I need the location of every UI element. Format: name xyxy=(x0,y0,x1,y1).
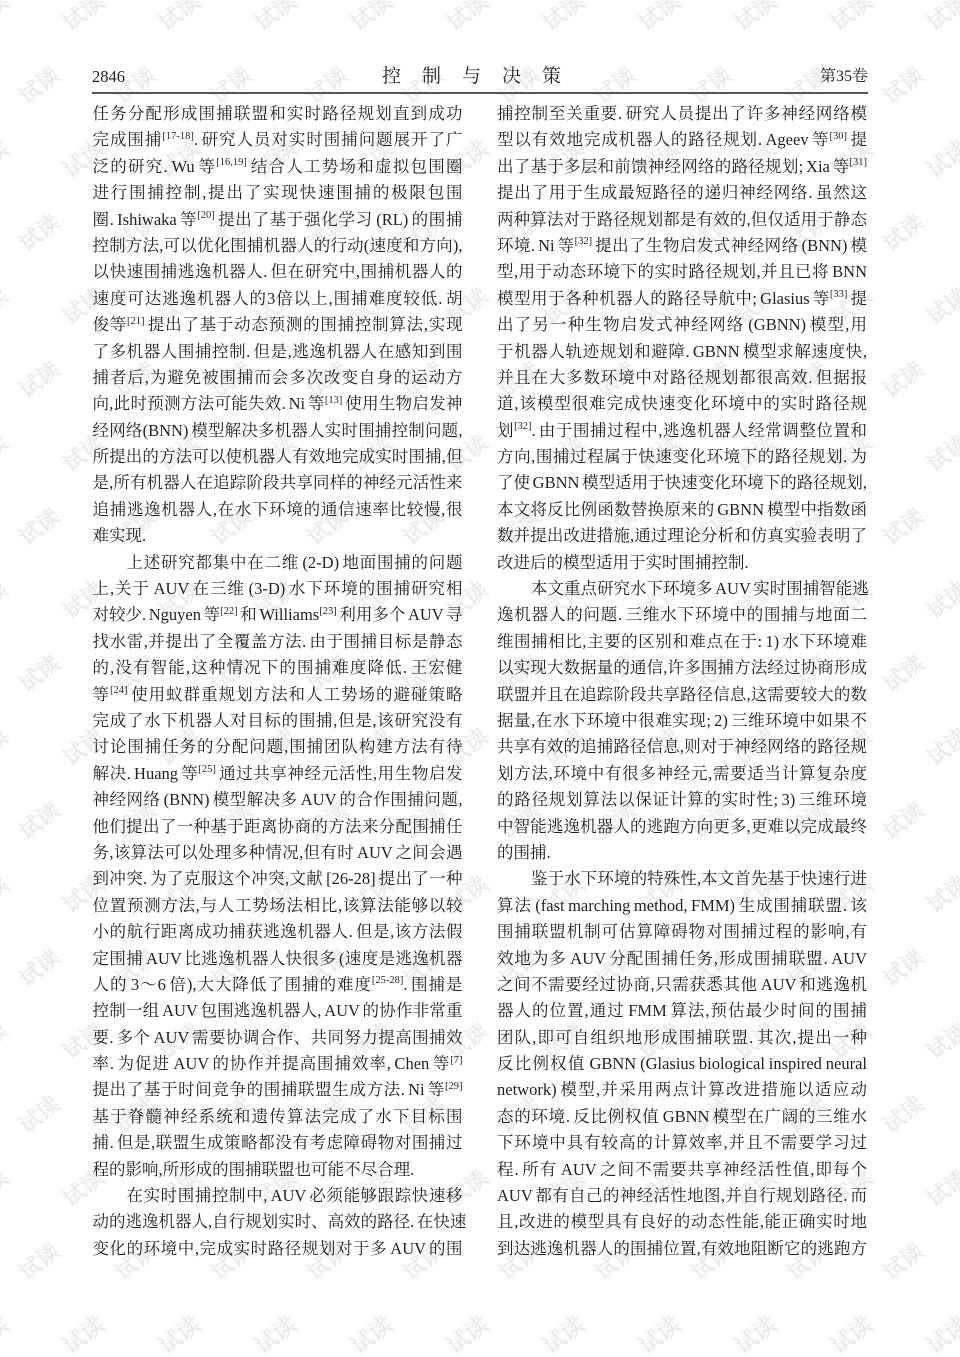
text-run: 任务分配形成围捕联盟和实时路径规划直到成功 xyxy=(93,104,463,123)
watermark-text: 试读 xyxy=(442,1312,493,1357)
text-run: 和 Williams xyxy=(238,605,320,624)
text-run: 方向,围捕过程属于快速变化环境下的路径规划. 为 xyxy=(497,447,867,466)
watermark-text: 试读 xyxy=(922,724,960,772)
text-line: 控制一组 AUV 包围逃逸机器人, AUV 的协作非常重 xyxy=(93,998,463,1024)
text-line: 共享有效的追捕路径信息,则对于神经网络的路径规 xyxy=(497,734,867,760)
text-run: 了多机器人围捕控制. 但是,逃逸机器人在感知到围 xyxy=(93,342,463,361)
text-run: 使用蚁群重规划方法和人工势场的避碰策略 xyxy=(128,685,463,704)
citation-superscript: [30] xyxy=(829,131,847,142)
text-run: 程. 所有 AUV 之间不需要共享神经活性值,即每个 xyxy=(497,1160,867,1179)
watermark-text: 试读 xyxy=(14,1238,65,1286)
citation-superscript: [16,19] xyxy=(216,157,247,168)
text-run: 向,此时预测方法可能失效. Ni 等 xyxy=(93,394,325,413)
watermark-text: 试读 xyxy=(634,0,685,36)
citation-superscript: [32] xyxy=(575,236,593,247)
watermark-text: 试读 xyxy=(730,0,781,36)
text-run: 进行围捕控制,提出了实现快速围捕的极限包围 xyxy=(93,183,463,202)
watermark-text: 试读 xyxy=(442,0,493,36)
text-line: 上述研究都集中在二维 (2-D) 地面围捕的问题 xyxy=(93,550,463,576)
text-line: 联盟并且在追踪阶段共享路径信息,这需要较大的数 xyxy=(497,682,867,708)
watermark-text: 试读 xyxy=(922,0,960,36)
text-run: 经网络(BNN) 模型解决多机器人实时围捕控制问题, xyxy=(93,421,463,440)
text-run: 到达逃逸机器人的围捕位置,有效地阻断它的逃跑方 xyxy=(497,1239,867,1258)
text-run: 控制方法,可以优化围捕机器人的行动(速度和方向), xyxy=(93,236,463,255)
text-run: 提出了基于动态预测的围捕控制算法,实现 xyxy=(145,315,463,334)
text-run: 速度可达逃逸机器人的3倍以上,围捕难度较低. 胡 xyxy=(93,289,463,308)
citation-superscript: [13] xyxy=(325,395,343,406)
text-line: 且,改进的模型具有良好的动态性能,能正确实时地 xyxy=(497,1209,867,1235)
text-line: 小的航行距离成功捕获逃逸机器人. 但是,该方法假 xyxy=(93,919,463,945)
text-line: 捕. 但是,联盟生成策略都没有考虑障碍物对围捕过 xyxy=(93,1130,463,1156)
text-line: 神经网络 (BNN) 模型解决多 AUV 的合作围捕问题, xyxy=(93,787,463,813)
watermark-text: 试读 xyxy=(58,1312,109,1357)
text-line: 解决. Huang 等[25] 通过共享神经元活性,用生物启发 xyxy=(93,761,463,787)
text-line: 他们提出了一种基于距离协商的方法来分配围捕任 xyxy=(93,814,463,840)
text-line: 型,用于动态环境下的实时路径规划,并且已将 BNN xyxy=(497,259,867,285)
left-column: 任务分配形成围捕联盟和实时路径规划直到成功完成围捕[17-18]. 研究人员对实… xyxy=(93,101,463,1262)
text-line: 维围捕相比,主要的区别和难点在于: 1) 水下环境难 xyxy=(497,629,867,655)
watermark-text: 试读 xyxy=(878,209,929,257)
text-run: 神经网络 (BNN) 模型解决多 AUV 的合作围捕问题, xyxy=(93,790,463,809)
text-line: 型以有效地完成机器人的路径规划. Ageev 等[30] 提 xyxy=(497,127,867,153)
text-run: 团队,即可自组织地形成围捕联盟. 其次,提出一种 xyxy=(497,1028,867,1047)
text-line: 下环境中具有较高的计算效率,并且不需要学习过 xyxy=(497,1130,867,1156)
text-line: 以实现大数据量的通信,许多围捕方法经过协商形成 xyxy=(497,655,867,681)
volume-label: 第35卷 xyxy=(820,66,868,88)
text-run: 型以有效地完成机器人的路径规划. Ageev 等 xyxy=(497,130,829,149)
text-line: 以快速围捕逃逸机器人. 但在研究中,围捕机器人的 xyxy=(93,259,463,285)
text-line: 控制方法,可以优化围捕机器人的行动(速度和方向), xyxy=(93,233,463,259)
watermark-text: 试读 xyxy=(250,0,301,36)
text-run: 改进后的模型适用于实时围捕控制. xyxy=(497,553,749,572)
text-run: 泛的研究. Wu 等 xyxy=(93,157,217,176)
text-run: 了使 GBNN 模型适用于快速变化环境下的路径规划, xyxy=(497,473,867,492)
text-line: 两种算法对于路径规划都是有效的,但仅适用于静态 xyxy=(497,207,867,233)
text-line: 速度可达逃逸机器人的3倍以上,围捕难度较低. 胡 xyxy=(93,286,463,312)
text-line: 是,所有机器人在追踪阶段共享同样的神经元活性来 xyxy=(93,470,463,496)
text-line: 人的 3～6 倍),大大降低了围捕的难度[25-28]. 围捕是 xyxy=(93,972,463,998)
text-run: 于机器人轨迹规划和避障. GBNN 模型求解速度快, xyxy=(497,342,867,361)
watermark-text: 试读 xyxy=(0,0,13,36)
text-line: 泛的研究. Wu 等[16,19] 结合人工势场和虚拟包围圈 xyxy=(93,154,463,180)
text-run: 追捕逃逸机器人,在水下环境的通信速率比较慢,很 xyxy=(93,500,463,519)
text-run: 算法 (fast marching method, FMM) 生成围捕联盟. 该 xyxy=(497,896,867,915)
text-line: 等[24] 使用蚁群重规划方法和人工势场的避碰策略 xyxy=(93,682,463,708)
text-line: 捕控制至关重要. 研究人员提出了许多神经网络模 xyxy=(497,101,867,127)
watermark-text: 试读 xyxy=(878,944,929,992)
text-line: 捕者后,为避免被围捕而会多次改变自身的运动方 xyxy=(93,365,463,391)
text-run: 环境. Ni 等 xyxy=(497,236,575,255)
watermark-text: 试读 xyxy=(0,1165,13,1213)
citation-superscript: [22] xyxy=(220,606,238,617)
text-run: 上述研究都集中在二维 (2-D) 地面围捕的问题 xyxy=(127,553,463,572)
text-run: 型,用于动态环境下的实时路径规划,并且已将 BNN xyxy=(497,262,867,281)
text-line: 在实时围捕控制中, AUV 必须能够跟踪快速移 xyxy=(93,1183,463,1209)
text-line: 环境. Ni 等[32] 提出了生物启发式神经网络 (BNN) 模 xyxy=(497,233,867,259)
text-run: 共享有效的追捕路径信息,则对于神经网络的路径规 xyxy=(497,737,867,756)
paper-page: 试读试读试读试读试读试读试读试读试读试读试读试读试读试读试读试读试读试读试读试读… xyxy=(0,0,960,1357)
text-line: 并且在大多数环境中对路径规划都很高效. 但据报 xyxy=(497,365,867,391)
text-run: 提出了基于时间竞争的围捕联盟生成方法. Ni 等 xyxy=(93,1080,446,1099)
text-run: 围捕联盟机制可估算障碍物对围捕过程的影响,有 xyxy=(497,922,867,941)
text-run: 模型用于各种机器人的路径导航中; Glasius 等 xyxy=(497,289,830,308)
text-line: 讨论围捕任务的分配问题,围捕团队构建方法有待 xyxy=(93,734,463,760)
watermark-text: 试读 xyxy=(538,1312,589,1357)
text-run: 出了另一种生物启发式神经网络 (GBNN) 模型,用 xyxy=(497,315,867,334)
text-line: 经网络(BNN) 模型解决多机器人实时围捕控制问题, xyxy=(93,418,463,444)
watermark-text: 试读 xyxy=(0,1312,13,1357)
citation-superscript: [25-28] xyxy=(372,975,404,986)
text-run: 完成了水下机器人对目标的围捕,但是,该研究没有 xyxy=(93,711,463,730)
text-line: 对较少. Nguyen 等[22] 和 Williams[23] 利用多个 AU… xyxy=(93,602,463,628)
text-line: 变化的环境中,完成实时路径规划对于多 AUV 的围 xyxy=(93,1236,463,1262)
text-run: 本文将反比例函数替换原来的 GBNN 模型中指数函 xyxy=(497,500,867,519)
text-line: 划方法,环境中有很多神经元,需要适当计算复杂度 xyxy=(497,761,867,787)
text-run: 道,该模型很难完成快速变化环境中的实时路径规 xyxy=(497,394,867,413)
watermark-text: 试读 xyxy=(14,209,65,257)
text-run: 提 xyxy=(847,289,867,308)
text-run: 以实现大数据量的通信,许多围捕方法经过协商形成 xyxy=(497,658,867,677)
watermark-text: 试读 xyxy=(878,356,929,404)
watermark-text: 试读 xyxy=(346,1312,397,1357)
text-run: 动的逃逸机器人,自行规划实时、高效的路径. 在快速 xyxy=(93,1212,467,1231)
text-run: 提 xyxy=(847,130,867,149)
text-run: 逸机器人的问题. 三维水下环境中的围捕与地面二 xyxy=(497,605,867,624)
text-line: 定围捕 AUV 比逃逸机器人快很多 (速度是逃逸机器 xyxy=(93,946,463,972)
text-line: 据量,在水下环境中很难实现; 2) 三维环境中如果不 xyxy=(497,708,867,734)
text-line: 改进后的模型适用于实时围捕控制. xyxy=(497,550,867,576)
text-line: 鉴于水下环境的特殊性,本文首先基于快速行进 xyxy=(497,866,867,892)
text-line: 围捕联盟机制可估算障碍物对围捕过程的影响,有 xyxy=(497,919,867,945)
text-run: 联盟并且在追踪阶段共享路径信息,这需要较大的数 xyxy=(497,685,867,704)
text-run: 划 xyxy=(497,421,514,440)
watermark-text: 试读 xyxy=(14,356,65,404)
watermark-text: 试读 xyxy=(0,724,13,772)
text-run: . 由于围捕过程中,逃逸机器人经常调整位置和 xyxy=(532,421,867,440)
text-line: 了使 GBNN 模型适用于快速变化环境下的路径规划, xyxy=(497,470,867,496)
citation-superscript: [32] xyxy=(514,421,532,432)
watermark-text: 试读 xyxy=(922,283,960,331)
text-run: 的路径规划算法以保证计算的实时性; 3) 三维环境 xyxy=(497,790,867,809)
watermark-text: 试读 xyxy=(14,62,65,110)
text-line: 位置预测方法,与人工势场法相比,该算法能够以较 xyxy=(93,893,463,919)
text-line: 划[32]. 由于围捕过程中,逃逸机器人经常调整位置和 xyxy=(497,418,867,444)
text-line: 提出了用于生成最短路径的递归神经网络. 虽然这 xyxy=(497,180,867,206)
watermark-text: 试读 xyxy=(878,1091,929,1139)
text-run: 使用生物启发神 xyxy=(342,394,462,413)
text-run: 程的影响,所形成的围捕联盟也可能不尽合理. xyxy=(93,1160,415,1179)
watermark-text: 试读 xyxy=(0,1018,13,1066)
right-column: 捕控制至关重要. 研究人员提出了许多神经网络模型以有效地完成机器人的路径规划. … xyxy=(497,101,867,1262)
text-run: 器人的位置,通过 FMM 算法,预估最少时间的围捕 xyxy=(497,1001,867,1020)
text-run: 圈. Ishiwaka 等 xyxy=(93,210,198,229)
watermark-text: 试读 xyxy=(154,0,205,36)
watermark-text: 试读 xyxy=(922,1018,960,1066)
watermark-text: 试读 xyxy=(0,430,13,478)
text-run: 等 xyxy=(93,685,111,704)
text-run: 的,没有智能,这种情况下的围捕难度降低. 王宏健 xyxy=(93,658,463,677)
text-line: 到冲突. 为了克服这个冲突,文献 [26-28] 提出了一种 xyxy=(93,866,463,892)
text-line: 于机器人轨迹规划和避障. GBNN 模型求解速度快, xyxy=(497,339,867,365)
page-number: 2846 xyxy=(92,66,125,88)
text-run: 结合人工势场和虚拟包围圈 xyxy=(247,157,463,176)
text-run: 鉴于水下环境的特殊性,本文首先基于快速行进 xyxy=(531,869,867,888)
text-run: 捕者后,为避免被围捕而会多次改变自身的运动方 xyxy=(93,368,463,387)
text-line: 率. 为促进 AUV 的协作并提高围捕效率, Chen 等[7] xyxy=(93,1051,463,1077)
text-line: 完成围捕[17-18]. 研究人员对实时围捕问题展开了广 xyxy=(93,127,463,153)
citation-superscript: [29] xyxy=(445,1081,463,1092)
text-run: 是,所有机器人在追踪阶段共享同样的神经元活性来 xyxy=(93,473,463,492)
citation-superscript: [17-18] xyxy=(162,131,194,142)
journal-title: 控制与决策 xyxy=(382,66,582,88)
text-line: 找水雷,并提出了全覆盖方法. 由于围捕目标是静态 xyxy=(93,629,463,655)
text-run: 以快速围捕逃逸机器人. 但在研究中,围捕机器人的 xyxy=(93,262,463,281)
text-run: 上,关于 AUV 在三维 (3-D) 水下环境的围捕研究相 xyxy=(93,579,463,598)
text-run: . 研究人员对实时围捕问题展开了广 xyxy=(194,130,463,149)
text-line: 俊等[21] 提出了基于动态预测的围捕控制算法,实现 xyxy=(93,312,463,338)
text-run: . 围捕是 xyxy=(403,975,462,994)
text-run: 控制一组 AUV 包围逃逸机器人, AUV 的协作非常重 xyxy=(93,1001,463,1020)
watermark-text: 试读 xyxy=(922,1312,960,1357)
text-run: 解决. Huang 等 xyxy=(93,764,199,783)
text-line: network) 模型,并采用两点计算改进措施以适应动 xyxy=(497,1077,867,1103)
text-line: 提出了基于时间竞争的围捕联盟生成方法. Ni 等[29] xyxy=(93,1077,463,1103)
text-run: 率. 为促进 AUV 的协作并提高围捕效率, Chen 等 xyxy=(93,1054,451,1073)
text-run: 提出了基于强化学习 (RL) 的围捕 xyxy=(215,210,463,229)
text-run: 通过共享神经元活性,用生物启发 xyxy=(216,764,463,783)
watermark-text: 试读 xyxy=(250,1312,301,1357)
text-run: 他们提出了一种基于距离协商的方法来分配围捕任 xyxy=(93,817,463,836)
text-run: 提出了生物启发式神经网络 (BNN) 模 xyxy=(592,236,867,255)
text-run: 本文重点研究水下环境多 AUV 实时围捕智能逃 xyxy=(531,579,869,598)
text-run: 提出了用于生成最短路径的递归神经网络. 虽然这 xyxy=(497,183,867,202)
text-run: 定围捕 AUV 比逃逸机器人快很多 (速度是逃逸机器 xyxy=(93,949,463,968)
text-run: 在实时围捕控制中, AUV 必须能够跟踪快速移 xyxy=(127,1186,463,1205)
text-line: 中智能逃逸机器人的逃跑方向更多,更难以完成最终 xyxy=(497,814,867,840)
text-line: 器人的位置,通过 FMM 算法,预估最少时间的围捕 xyxy=(497,998,867,1024)
text-line: 程. 所有 AUV 之间不需要共享神经活性值,即每个 xyxy=(497,1157,867,1183)
text-run: 完成围捕 xyxy=(93,130,163,149)
text-run: 变化的环境中,完成实时路径规划对于多 AUV 的围 xyxy=(93,1239,463,1258)
text-run: 所提出的方法可以使机器人有效地完成实时围捕,但 xyxy=(93,447,463,466)
text-line: 模型用于各种机器人的路径导航中; Glasius 等[33] 提 xyxy=(497,286,867,312)
citation-superscript: [31] xyxy=(850,157,868,168)
text-run: 对较少. Nguyen 等 xyxy=(93,605,221,624)
text-line: AUV 都有自己的神经活性地图,并自行规划路径. 而 xyxy=(497,1183,867,1209)
text-line: 任务分配形成围捕联盟和实时路径规划直到成功 xyxy=(93,101,463,127)
watermark-text: 试读 xyxy=(0,871,13,919)
text-run: 据量,在水下环境中很难实现; 2) 三维环境中如果不 xyxy=(497,711,867,730)
text-run: 捕. 但是,联盟生成策略都没有考虑障碍物对围捕过 xyxy=(93,1133,463,1152)
text-line: 的路径规划算法以保证计算的实时性; 3) 三维环境 xyxy=(497,787,867,813)
text-line: 程的影响,所形成的围捕联盟也可能不尽合理. xyxy=(93,1157,463,1183)
text-line: 本文将反比例函数替换原来的 GBNN 模型中指数函 xyxy=(497,497,867,523)
watermark-text: 试读 xyxy=(826,0,877,36)
watermark-text: 试读 xyxy=(0,283,13,331)
text-line: 的,没有智能,这种情况下的围捕难度降低. 王宏健 xyxy=(93,655,463,681)
text-line: 所提出的方法可以使机器人有效地完成实时围捕,但 xyxy=(93,444,463,470)
watermark-text: 试读 xyxy=(922,871,960,919)
text-run: 反比例权值 GBNN (Glasius biological inspired … xyxy=(497,1054,867,1073)
watermark-text: 试读 xyxy=(14,1091,65,1139)
text-line: 本文重点研究水下环境多 AUV 实时围捕智能逃 xyxy=(497,576,867,602)
text-line: 要. 多个 AUV 需要协调合作、共同努力提高围捕效 xyxy=(93,1025,463,1051)
text-run: 中智能逃逸机器人的逃跑方向更多,更难以完成最终 xyxy=(497,817,867,836)
text-run: 并且在大多数环境中对路径规划都很高效. 但据报 xyxy=(497,368,867,387)
text-run: 划方法,环境中有很多神经元,需要适当计算复杂度 xyxy=(497,764,867,783)
watermark-text: 试读 xyxy=(878,1238,929,1286)
text-run: 之间不需要经过协商,只需获悉其他 AUV 和逃逸机 xyxy=(497,975,867,994)
text-run: 难实现. xyxy=(93,526,147,545)
text-run: 的围捕. xyxy=(497,843,551,862)
text-line: 进行围捕控制,提出了实现快速围捕的极限包围 xyxy=(93,180,463,206)
citation-superscript: [23] xyxy=(319,606,337,617)
text-line: 难实现. xyxy=(93,523,463,549)
text-run: 出了基于多层和前馈神经网络的路径规划; Xia 等 xyxy=(497,157,850,176)
text-line: 完成了水下机器人对目标的围捕,但是,该研究没有 xyxy=(93,708,463,734)
watermark-text: 试读 xyxy=(634,1312,685,1357)
watermark-text: 试读 xyxy=(922,430,960,478)
text-run: AUV 都有自己的神经活性地图,并自行规划路径. 而 xyxy=(497,1186,867,1205)
watermark-text: 试读 xyxy=(878,650,929,698)
text-run: 俊等 xyxy=(93,315,128,334)
watermark-text: 试读 xyxy=(922,136,960,184)
watermark-text: 试读 xyxy=(14,650,65,698)
text-line: 逸机器人的问题. 三维水下环境中的围捕与地面二 xyxy=(497,602,867,628)
watermark-text: 试读 xyxy=(58,0,109,36)
text-line: 效地为多 AUV 分配围捕任务,形成围捕联盟. AUV xyxy=(497,946,867,972)
text-line: 团队,即可自组织地形成围捕联盟. 其次,提出一种 xyxy=(497,1025,867,1051)
header-rule xyxy=(92,92,868,94)
citation-superscript: [21] xyxy=(127,316,145,327)
text-run: 效地为多 AUV 分配围捕任务,形成围捕联盟. AUV xyxy=(497,949,867,968)
watermark-text: 试读 xyxy=(922,577,960,625)
text-run: 两种算法对于路径规划都是有效的,但仅适用于静态 xyxy=(497,210,867,229)
watermark-text: 试读 xyxy=(878,503,929,551)
text-line: 出了基于多层和前馈神经网络的路径规划; Xia 等[31] xyxy=(497,154,867,180)
watermark-text: 试读 xyxy=(346,0,397,36)
text-line: 之间不需要经过协商,只需获悉其他 AUV 和逃逸机 xyxy=(497,972,867,998)
text-line: 了多机器人围捕控制. 但是,逃逸机器人在感知到围 xyxy=(93,339,463,365)
text-line: 出了另一种生物启发式神经网络 (GBNN) 模型,用 xyxy=(497,312,867,338)
watermark-text: 试读 xyxy=(14,797,65,845)
text-line: 追捕逃逸机器人,在水下环境的通信速率比较慢,很 xyxy=(93,497,463,523)
watermark-text: 试读 xyxy=(878,797,929,845)
watermark-text: 试读 xyxy=(730,1312,781,1357)
watermark-text: 试读 xyxy=(14,503,65,551)
text-line: 方向,围捕过程属于快速变化环境下的路径规划. 为 xyxy=(497,444,867,470)
citation-superscript: [33] xyxy=(830,289,848,300)
text-line: 上,关于 AUV 在三维 (3-D) 水下环境的围捕研究相 xyxy=(93,576,463,602)
text-run: 讨论围捕任务的分配问题,围捕团队构建方法有待 xyxy=(93,737,463,756)
text-line: 到达逃逸机器人的围捕位置,有效地阻断它的逃跑方 xyxy=(497,1236,867,1262)
text-run: 要. 多个 AUV 需要协调合作、共同努力提高围捕效 xyxy=(93,1028,463,1047)
text-line: 动的逃逸机器人,自行规划实时、高效的路径. 在快速 xyxy=(93,1209,463,1235)
watermark-text: 试读 xyxy=(878,62,929,110)
text-run: 数并提出改进措施,通过理论分析和仿真实验表明了 xyxy=(497,526,867,545)
watermark-text: 试读 xyxy=(826,1312,877,1357)
text-run: 务,该算法可以处理多种情况,但有时 AUV 之间会遇 xyxy=(93,843,463,862)
text-run: 找水雷,并提出了全覆盖方法. 由于围捕目标是静态 xyxy=(93,632,463,651)
watermark-text: 试读 xyxy=(14,944,65,992)
text-line: 的围捕. xyxy=(497,840,867,866)
text-line: 算法 (fast marching method, FMM) 生成围捕联盟. 该 xyxy=(497,893,867,919)
text-line: 向,此时预测方法可能失效. Ni 等[13] 使用生物启发神 xyxy=(93,391,463,417)
text-line: 基于脊髓神经系统和遗传算法完成了水下目标围 xyxy=(93,1104,463,1130)
text-run: 到冲突. 为了克服这个冲突,文献 [26-28] 提出了一种 xyxy=(93,869,463,888)
citation-superscript: [20] xyxy=(197,210,215,221)
text-line: 态的环境. 反比例权值 GBNN 模型在广阔的三维水 xyxy=(497,1104,867,1130)
watermark-text: 试读 xyxy=(538,0,589,36)
text-run: 位置预测方法,与人工势场法相比,该算法能够以较 xyxy=(93,896,463,915)
watermark-text: 试读 xyxy=(0,136,13,184)
text-run: 维围捕相比,主要的区别和难点在于: 1) 水下环境难 xyxy=(497,632,867,651)
text-run: network) 模型,并采用两点计算改进措施以适应动 xyxy=(497,1080,867,1099)
text-run: 利用多个 AUV 寻 xyxy=(337,605,463,624)
text-run: 基于脊髓神经系统和遗传算法完成了水下目标围 xyxy=(93,1107,463,1126)
text-run: 人的 3～6 倍),大大降低了围捕的难度 xyxy=(93,975,372,994)
watermark-text: 试读 xyxy=(922,1165,960,1213)
text-line: 道,该模型很难完成快速变化环境中的实时路径规 xyxy=(497,391,867,417)
citation-superscript: [24] xyxy=(110,685,128,696)
text-line: 圈. Ishiwaka 等[20] 提出了基于强化学习 (RL) 的围捕 xyxy=(93,207,463,233)
text-line: 反比例权值 GBNN (Glasius biological inspired … xyxy=(497,1051,867,1077)
citation-superscript: [7] xyxy=(450,1055,462,1066)
watermark-text: 试读 xyxy=(154,1312,205,1357)
citation-superscript: [25] xyxy=(198,764,216,775)
text-run: 小的航行距离成功捕获逃逸机器人. 但是,该方法假 xyxy=(93,922,463,941)
watermark-text: 试读 xyxy=(0,577,13,625)
text-run: 态的环境. 反比例权值 GBNN 模型在广阔的三维水 xyxy=(497,1107,867,1126)
text-run: 捕控制至关重要. 研究人员提出了许多神经网络模 xyxy=(497,104,867,123)
text-line: 务,该算法可以处理多种情况,但有时 AUV 之间会遇 xyxy=(93,840,463,866)
text-run: 下环境中具有较高的计算效率,并且不需要学习过 xyxy=(497,1133,867,1152)
text-run: 且,改进的模型具有良好的动态性能,能正确实时地 xyxy=(497,1212,867,1231)
text-line: 数并提出改进措施,通过理论分析和仿真实验表明了 xyxy=(497,523,867,549)
